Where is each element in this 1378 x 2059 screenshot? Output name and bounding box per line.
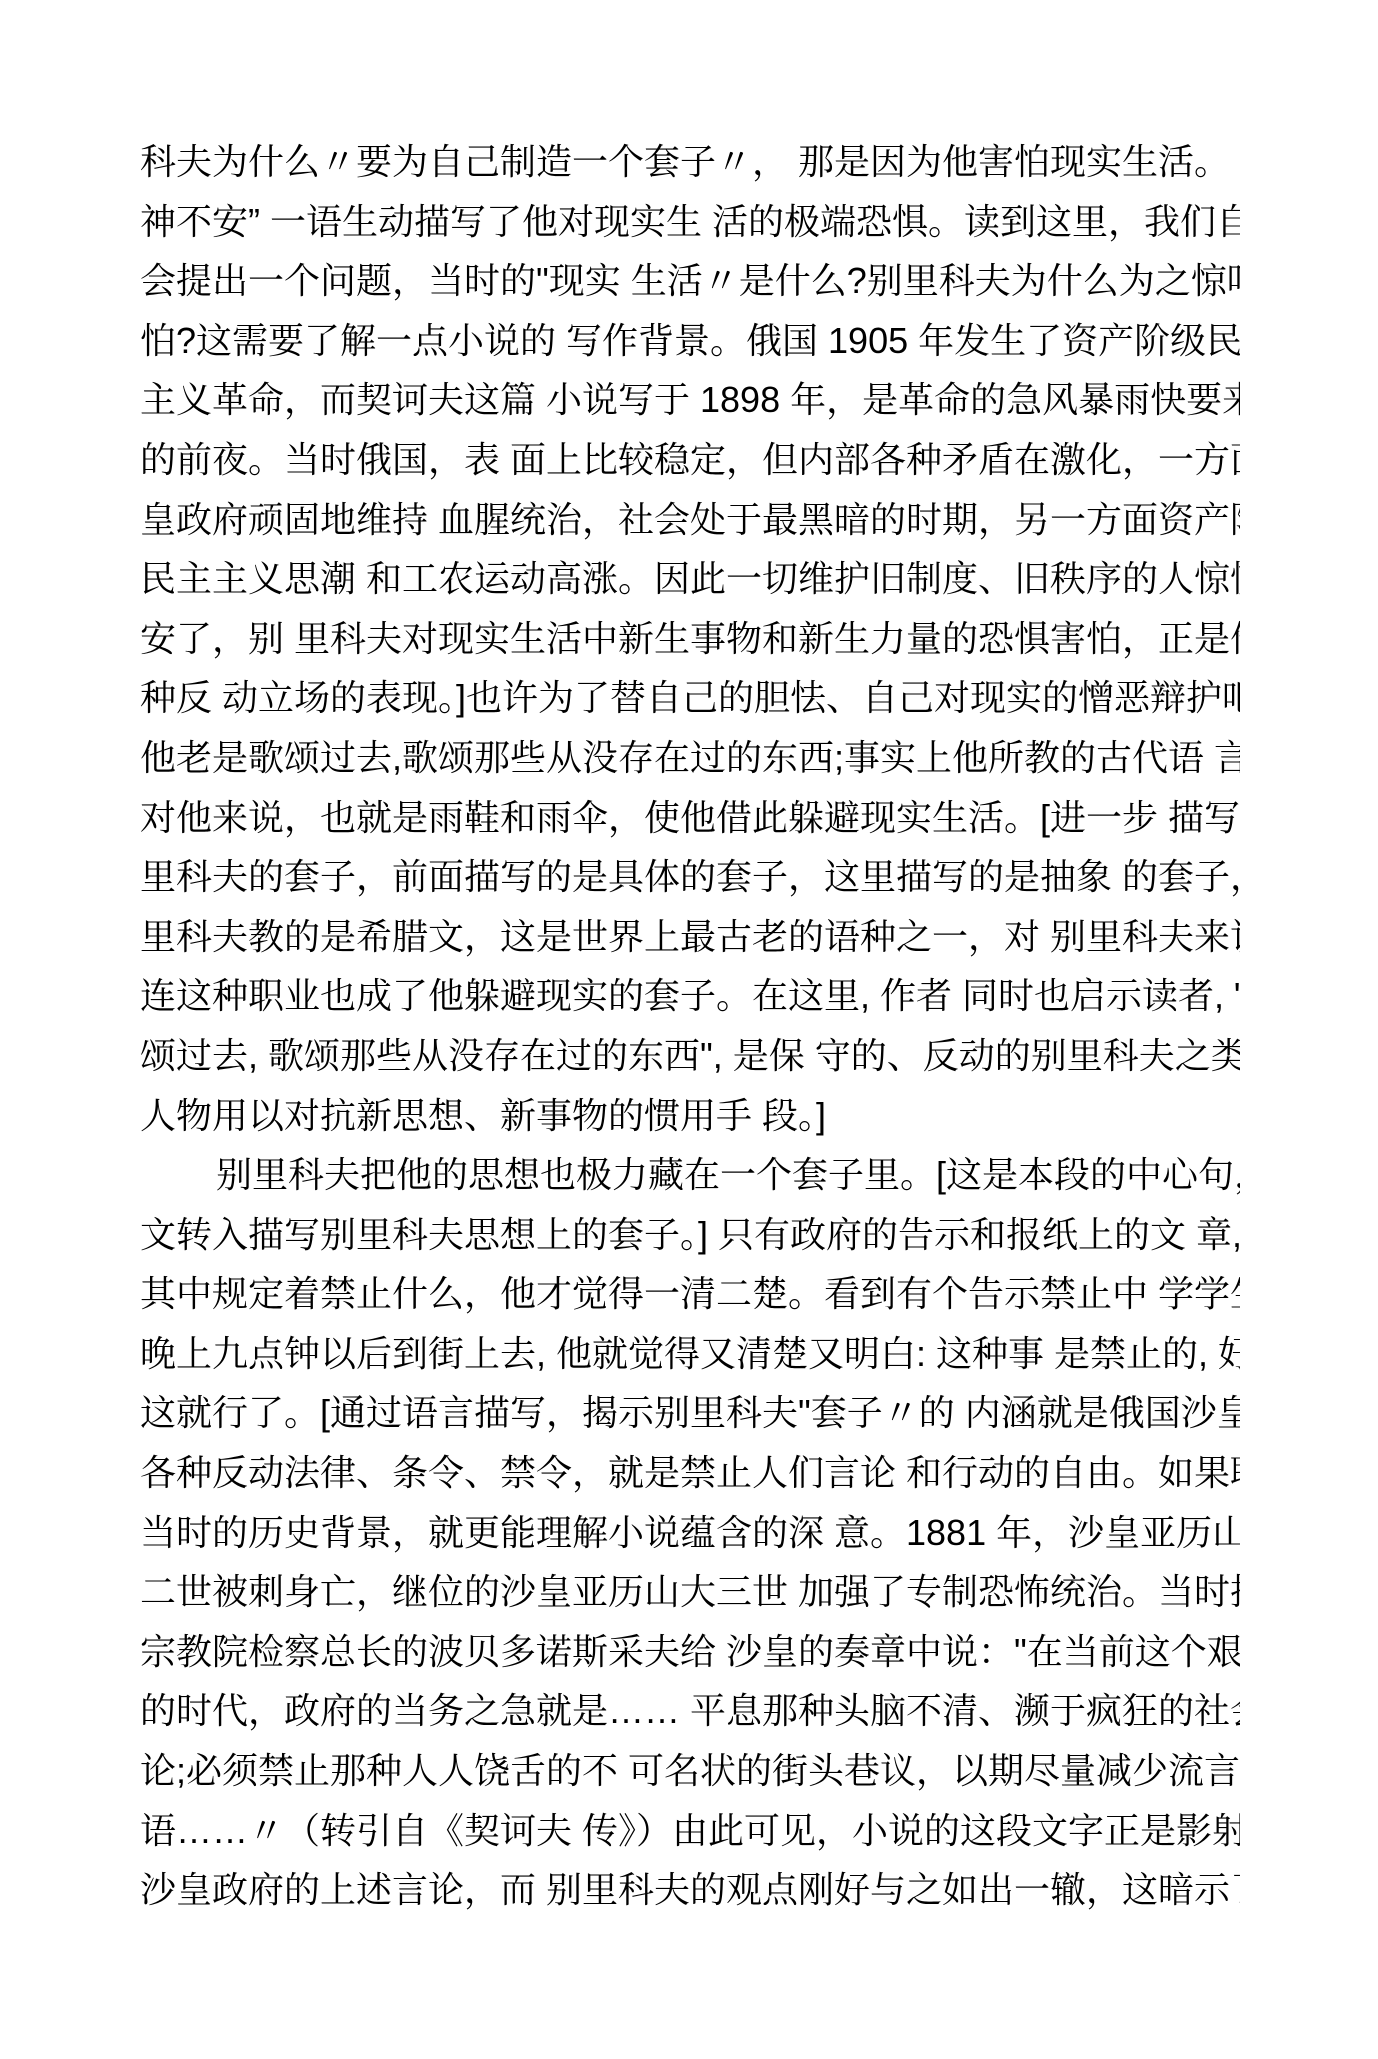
text-line: 沙皇政府的上述言论，而 别里科夫的观点刚好与之如出一辙，这暗示了别 [140, 1860, 1240, 1920]
text-line: 语……〃（转引自《契诃夫 传》）由此可见，小说的这段文字正是影射了 [140, 1801, 1240, 1861]
paragraph-1: 科夫为什么〃要为自己制造一个套子〃， 那是因为他害怕现实生活。 “六 神不安” … [140, 132, 1240, 1145]
text-line: 二世被刺身亡，继位的沙皇亚历山大三世 加强了专制恐怖统治。当时担任 [140, 1562, 1240, 1622]
paragraph-2: 别里科夫把他的思想也极力藏在一个套子里。[这是本段的中心句， 课 文转入描写别里… [140, 1145, 1240, 1920]
text-line: 当时的历史背景，就更能理解小说蕴含的深 意。1881 年，沙皇亚历山大 [140, 1503, 1240, 1563]
text-line: 别里科夫把他的思想也极力藏在一个套子里。[这是本段的中心句， 课 [140, 1145, 1240, 1205]
text-line: 人物用以对抗新思想、新事物的惯用手 段。] [140, 1086, 1240, 1146]
text-line: 对他来说，也就是雨鞋和雨伞，使他借此躲避现实生活。[进一步 描写别 [140, 788, 1240, 848]
text-line: 会提出一个问题，当时的"现实 生活〃是什么?别里科夫为什么为之惊吓害 [140, 251, 1240, 311]
text-line: 种反 动立场的表现。]也许为了替自己的胆怯、自己对现实的憎恶辩护吧， [140, 668, 1240, 728]
document-page: 科夫为什么〃要为自己制造一个套子〃， 那是因为他害怕现实生活。 “六 神不安” … [0, 0, 1378, 2059]
text-line: 里科夫的套子，前面描写的是具体的套子，这里描写的是抽象 的套子，别 [140, 847, 1240, 907]
text-line: 他老是歌颂过去,歌颂那些从没存在过的东西;事实上他所教的古代语 言， [140, 728, 1240, 788]
text-line: 民主主义思潮 和工农运动高涨。因此一切维护旧制度、旧秩序的人惊慌不 [140, 549, 1240, 609]
text-line: 晚上九点钟以后到街上去, 他就觉得又清楚又明白: 这种事 是禁止的, 好, [140, 1324, 1240, 1384]
text-line: 各种反动法律、条令、禁令，就是禁止人们言论 和行动的自由。如果联系 [140, 1443, 1240, 1503]
text-line: 这就行了。[通过语言描写，揭示别里科夫"套子〃的 内涵就是俄国沙皇的 [140, 1383, 1240, 1443]
text-line: 里科夫教的是希腊文，这是世界上最古老的语种之一，对 别里科夫来说， [140, 907, 1240, 967]
text-line: 主义革命，而契诃夫这篇 小说写于 1898 年，是革命的急风暴雨快要来临 [140, 370, 1240, 430]
text-line: 怕?这需要了解一点小说的 写作背景。俄国 1905 年发生了资产阶级民主 [140, 311, 1240, 371]
text-line: 连这种职业也成了他躲避现实的套子。在这里, 作者 同时也启示读者, "歌 [140, 966, 1240, 1026]
text-line: 宗教院检察总长的波贝多诺斯采夫给 沙皇的奏章中说："在当前这个艰苦 [140, 1622, 1240, 1682]
text-line: 皇政府顽固地维持 血腥统治，社会处于最黑暗的时期，另一方面资产阶级 [140, 490, 1240, 550]
text-line: 论;必须禁止那种人人饶舌的不 可名状的街头巷议，以期尽量减少流言蜚 [140, 1741, 1240, 1801]
text-line: 的时代，政府的当务之急就是…… 平息那种头脑不清、濒于疯狂的社会舆 [140, 1681, 1240, 1741]
text-line: 颂过去, 歌颂那些从没存在过的东西", 是保 守的、反动的别里科夫之类的 [140, 1026, 1240, 1086]
text-line: 科夫为什么〃要为自己制造一个套子〃， 那是因为他害怕现实生活。 “六 [140, 132, 1240, 192]
text-line: 的前夜。当时俄国，表 面上比较稳定，但内部各种矛盾在激化，一方面沙 [140, 430, 1240, 490]
text-line: 其中规定着禁止什么，他才觉得一清二楚。看到有个告示禁止中 学学生在 [140, 1264, 1240, 1324]
text-body: 科夫为什么〃要为自己制造一个套子〃， 那是因为他害怕现实生活。 “六 神不安” … [140, 132, 1240, 1920]
text-line: 安了，别 里科夫对现实生活中新生事物和新生力量的恐惧害怕，正是他这 [140, 609, 1240, 669]
text-line: 文转入描写别里科夫思想上的套子。] 只有政府的告示和报纸上的文 章, [140, 1205, 1240, 1265]
text-line: 神不安” 一语生动描写了他对现实生 活的极端恐惧。读到这里，我们自然 [140, 192, 1240, 252]
